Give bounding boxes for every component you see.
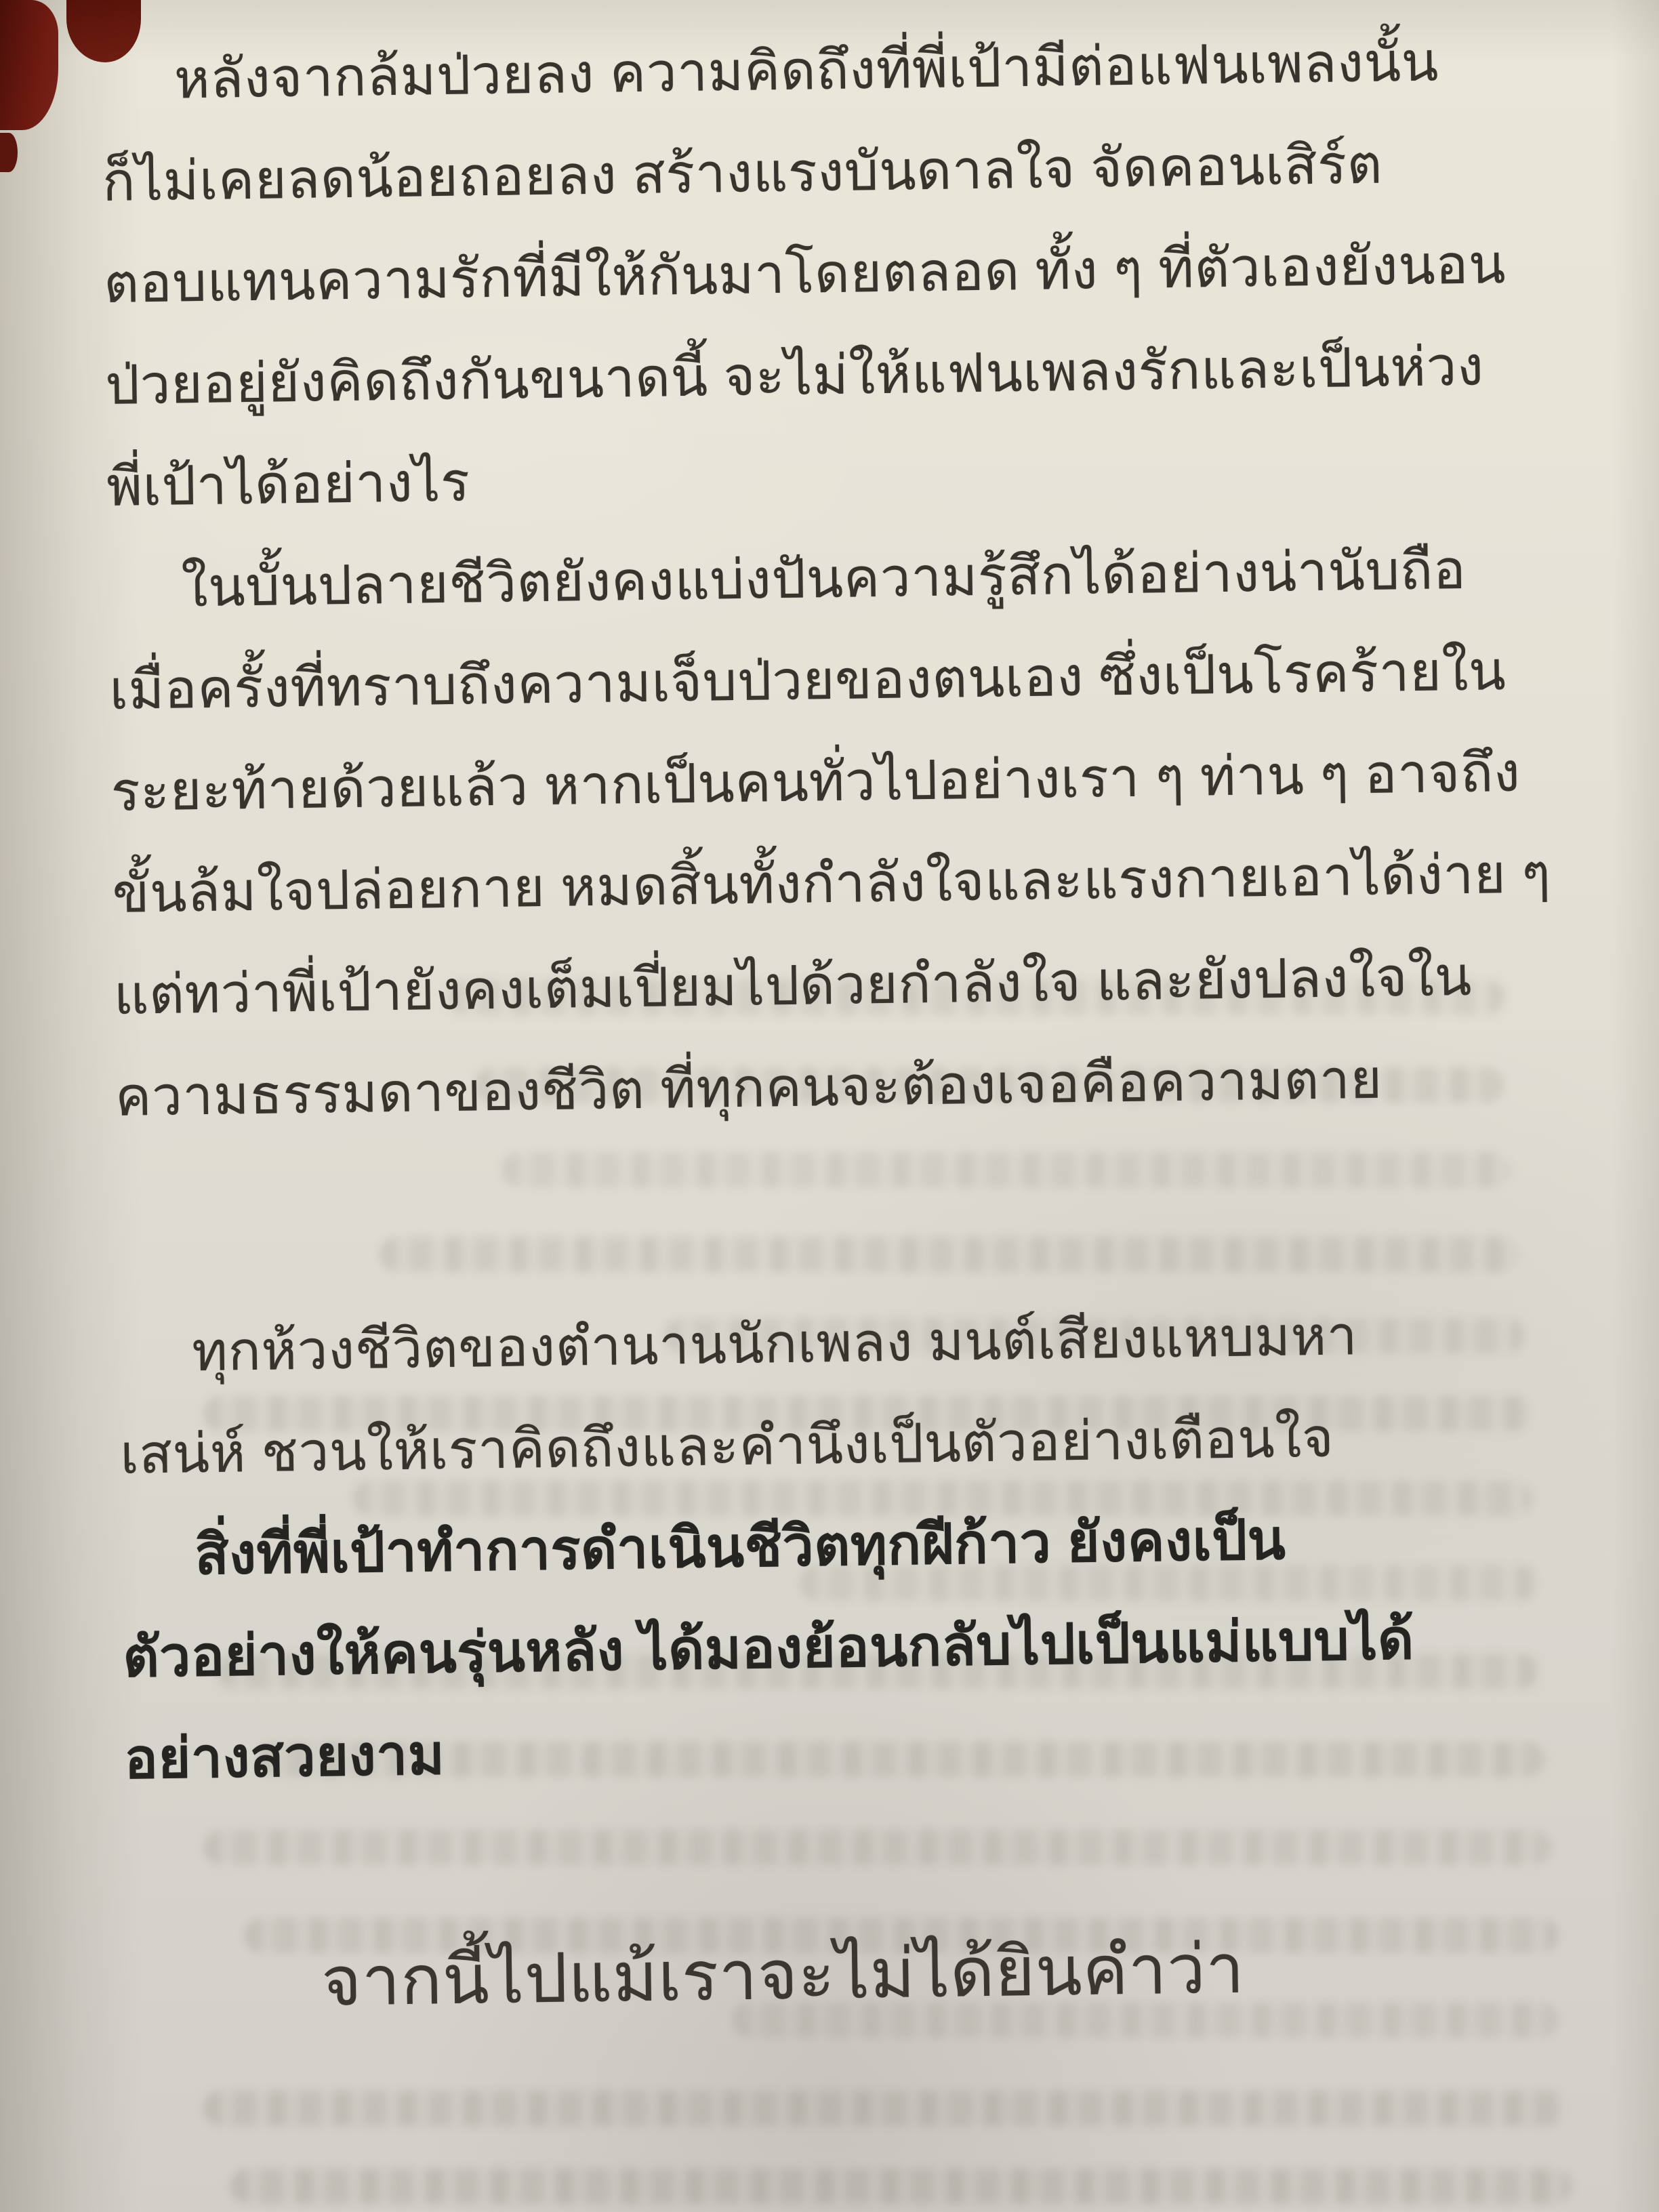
red-stain (0, 133, 18, 172)
paragraph-3: ทุกห้วงชีวิตของตำนานนักเพลง มนต์เสียงแหบ… (118, 1282, 1605, 1506)
closing-line: จากนี้ไปแม้เราจะไม่ได้ยินคำว่า (127, 1906, 1612, 2043)
text-line: ตอบแทนความรักที่มีให้กันมาโดยตลอด ทั้ง ๆ… (103, 212, 1589, 335)
ghost-showthrough-row (230, 2169, 1572, 2204)
text-line: ป่วยอยู่ยังคิดถึงกันขนาดนี้ จะไม่ให้แฟนเ… (104, 314, 1590, 436)
text-block: หลังจากล้มป่วยลง ความคิดถึงที่พี่เป้ามีต… (100, 9, 1612, 2042)
text-line: สิ่งที่พี่เป้าทำการดำเนินชีวิตทุกฝีก้าว … (121, 1485, 1606, 1607)
text-line: ระยะท้ายด้วยแล้ว หากเป็นคนทั่วไปอย่างเรา… (110, 720, 1596, 843)
ghost-showthrough-row (203, 2091, 1565, 2126)
text-line: หลังจากล้มป่วยลง ความคิดถึงที่พี่เป้ามีต… (100, 9, 1586, 131)
paragraph-1: หลังจากล้มป่วยลง ความคิดถึงที่พี่เป้ามีต… (100, 9, 1591, 538)
text-line: เสน่ห์ ชวนให้เราคิดถึงและคำนึงเป็นตัวอย่… (119, 1383, 1605, 1506)
text-line: ตัวอย่างให้คนรุ่นหลัง ได้มองย้อนกลับไปเป… (123, 1586, 1608, 1709)
text-line: จากนี้ไปแม้เราจะไม่ได้ยินคำว่า (127, 1906, 1612, 2043)
red-stain (0, 0, 58, 130)
text-line: ก็ไม่เคยลดน้อยถอยลง สร้างแรงบันดาลใจ จัด… (102, 110, 1587, 233)
text-line: แต่ทว่าพี่เป้ายังคงเต็มเปี่ยมไปด้วยกำลัง… (113, 924, 1599, 1046)
page-right-shadow (1612, 0, 1659, 2212)
paragraph-2: ในบั้นปลายชีวิตยังคงแบ่งปันความรู้สึกได้… (107, 517, 1599, 1147)
text-line: ในบั้นปลายชีวิตยังคงแบ่งปันความรู้สึกได้… (107, 517, 1593, 640)
text-line: ทุกห้วงชีวิตของตำนานนักเพลง มนต์เสียงแหบ… (118, 1282, 1603, 1404)
book-page: หลังจากล้มป่วยลง ความคิดถึงที่พี่เป้ามีต… (0, 0, 1659, 2212)
text-line: อย่างสวยงาม (124, 1688, 1610, 1811)
text-line: พี่เป้าได้อย่างไร (106, 415, 1591, 538)
text-line: ขั้นล้มใจปล่อยกาย หมดสิ้นทั้งกำลังใจและแ… (112, 822, 1597, 945)
paragraph-4-bold: สิ่งที่พี่เป้าทำการดำเนินชีวิตทุกฝีก้าว … (121, 1485, 1609, 1811)
text-line: ความธรรมดาของชีวิต ที่ทุกคนจะต้องเจอคือค… (115, 1025, 1600, 1148)
text-line: เมื่อครั้งที่ทราบถึงความเจ็บป่วยของตนเอง… (109, 619, 1595, 741)
